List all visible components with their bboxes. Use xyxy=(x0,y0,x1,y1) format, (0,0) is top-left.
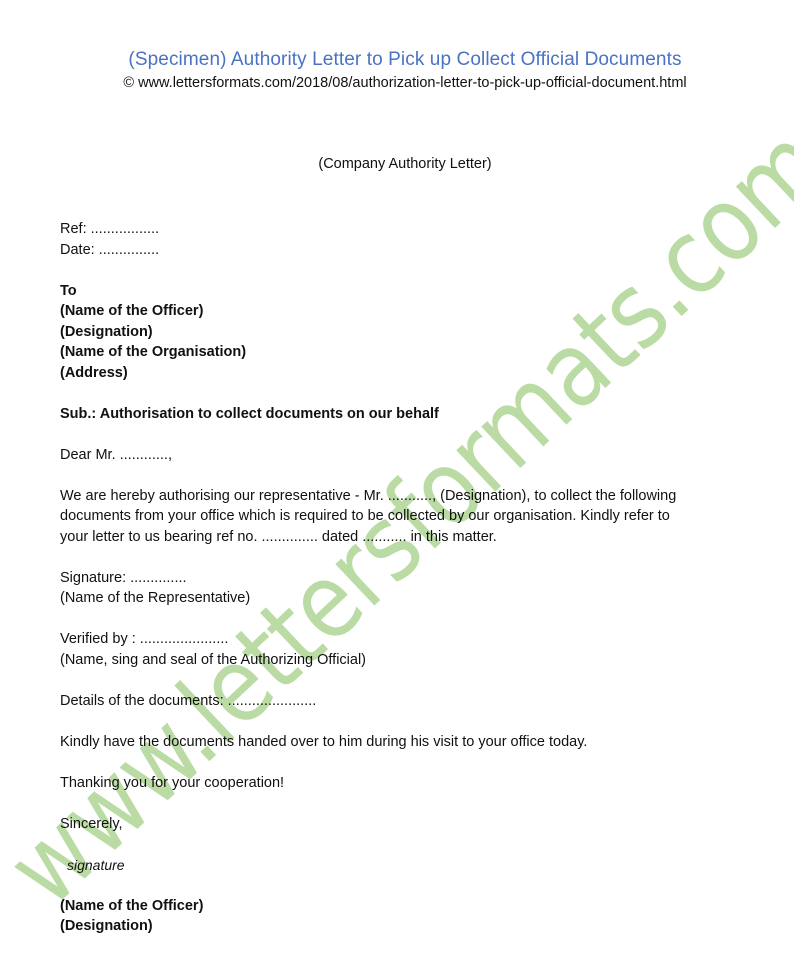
subject-line: Sub.: Authorisation to collect documents… xyxy=(60,404,750,425)
thanks-line: Thanking you for your cooperation! xyxy=(60,773,750,794)
verified-by: Verified by : ...................... xyxy=(60,629,750,650)
spacer xyxy=(60,670,750,691)
spacer xyxy=(60,465,750,486)
recipient-address: (Address) xyxy=(60,363,750,384)
body-line: documents from your office which is requ… xyxy=(60,506,750,527)
authorizing-official: (Name, sing and seal of the Authorizing … xyxy=(60,650,750,671)
body-paragraph: We are hereby authorising our representa… xyxy=(60,486,750,548)
body-line: your letter to us bearing ref no. ......… xyxy=(60,527,750,548)
spacer xyxy=(60,711,750,732)
document-title: (Specimen) Authority Letter to Pick up C… xyxy=(0,49,794,71)
letter-page: (Specimen) Authority Letter to Pick up C… xyxy=(0,0,794,980)
spacer xyxy=(60,609,750,630)
representative-block: Signature: .............. (Name of the R… xyxy=(60,568,750,609)
documents-details: Details of the documents: ..............… xyxy=(60,691,750,712)
recipient-designation: (Designation) xyxy=(60,322,750,343)
spacer xyxy=(60,547,750,568)
sender-name: (Name of the Officer) xyxy=(60,896,750,917)
sender-designation: (Designation) xyxy=(60,916,750,937)
body-line: We are hereby authorising our representa… xyxy=(60,486,750,507)
recipient-organisation: (Name of the Organisation) xyxy=(60,342,750,363)
spacer xyxy=(60,424,750,445)
spacer xyxy=(60,752,750,773)
spacer xyxy=(60,875,750,896)
request-line: Kindly have the documents handed over to… xyxy=(60,732,750,753)
closing: Sincerely, xyxy=(60,814,750,835)
recipient-name: (Name of the Officer) xyxy=(60,301,750,322)
date-line: Date: ............... xyxy=(60,240,750,261)
letter-body: Ref: ................. Date: ...........… xyxy=(60,219,750,937)
representative-signature: Signature: .............. xyxy=(60,568,750,589)
signature-placeholder: signature xyxy=(60,855,750,876)
sender-block: (Name of the Officer) (Designation) xyxy=(60,896,750,937)
spacer xyxy=(60,260,750,281)
source-url: © www.lettersformats.com/2018/08/authori… xyxy=(0,75,794,91)
to-label: To xyxy=(60,281,750,302)
spacer xyxy=(60,834,750,855)
spacer xyxy=(60,793,750,814)
salutation: Dear Mr. ............, xyxy=(60,445,750,466)
spacer xyxy=(60,383,750,404)
representative-name: (Name of the Representative) xyxy=(60,588,750,609)
recipient-block: To (Name of the Officer) (Designation) (… xyxy=(60,281,750,384)
reference-line: Ref: ................. xyxy=(60,219,750,240)
letter-type-heading: (Company Authority Letter) xyxy=(0,156,794,172)
verification-block: Verified by : ...................... (Na… xyxy=(60,629,750,670)
